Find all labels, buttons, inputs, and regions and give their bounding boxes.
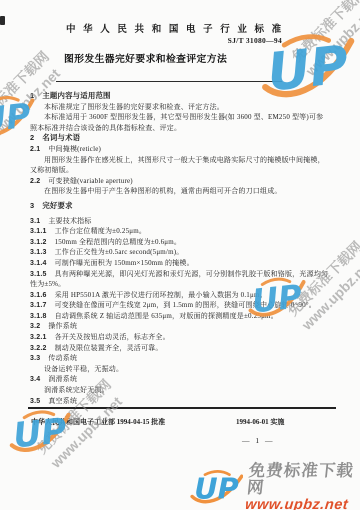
section-number: 3.1.5 (30, 271, 47, 278)
line-text: 本标准适用于 3600F 型图形发生器，其它型号图形发生器(如 3600 型、E… (44, 113, 323, 121)
line-text: 可变狭缝(variable aperture) (48, 177, 132, 185)
doc-line: 3.4润滑系统 (30, 374, 344, 385)
line-text: 中间掩模(reticle) (48, 145, 101, 153)
doc-line: 3.5真空系统 (30, 396, 344, 407)
section-number: 3.2 (30, 323, 40, 330)
line-text: 润滑系统 (48, 375, 77, 383)
line-text: 又称初缩版。 (30, 166, 73, 174)
line-text: 可变狭缝在像面可产生线宽 2μm，到 1.5mm 的图形，狭缝可围绕中心旋转 0… (55, 301, 316, 309)
section-number: 3.1.3 (30, 249, 47, 256)
doc-line: 2.2可变狭缝(variable aperture) (30, 176, 344, 187)
doc-line: 性为±5%。 (30, 279, 344, 290)
doc-line: 照本标准并结合该设备的具体指标检查、评定。 (30, 123, 344, 134)
line-text: 具有两种曝光光源，即闪光灯光源和汞灯光源，可分别制作乳胶干版和铬版，光源均匀 (55, 270, 329, 278)
section-number: 3.1.4 (30, 260, 47, 267)
section-number: 3.1.2 (30, 239, 47, 246)
line-text: 用图形发生器作在感光板上，其图形尺寸一般大于集成电路实际尺寸的掩模版中间掩模， (44, 156, 325, 164)
section-number: 3.2.2 (30, 345, 47, 352)
footer-implementation: 1994-06-01 实施 (236, 417, 284, 427)
line-text: 设备运转平稳，无振动。 (44, 365, 123, 373)
line-text: 自动调焦系统 Z 轴运动范围是 635μm，对版面的探测精度是±0.25μm。 (55, 312, 278, 320)
section-number: 2 (30, 133, 34, 142)
scanned-standard-page: UP 中 华 人 民 共 和 国 电 子 行 业 标 准 SJ/T 31080—… (0, 0, 360, 510)
section-number: 3.1.7 (30, 302, 47, 309)
doc-line: 3.2操作系统 (30, 321, 344, 332)
doc-line: 2.1中间掩模(reticle) (30, 144, 344, 155)
line-text: 采用 HP5501A 激光干涉仪进行闭环控制，最小输入数据为 0.1μm。 (55, 291, 267, 299)
doc-line: 设备运转平稳，无振动。 (30, 364, 344, 375)
line-text: 本标准规定了图形发生器的完好要求和检查、评定方法。 (44, 103, 224, 111)
section-number: 1 (30, 91, 34, 100)
brand-site-url: www.upbz.net (245, 498, 359, 510)
doc-line: 本标准规定了图形发生器的完好要求和检查、评定方法。 (30, 102, 344, 113)
doc-line: 3.1.4可制作曝光面积为 150mm×150mm 的掩模。 (30, 258, 344, 269)
doc-line: 3.3传动系统 (30, 353, 344, 364)
line-text: 主题内容与适用范围 (42, 91, 110, 100)
section-number: 3 (30, 201, 34, 210)
upbz-logo-icon (6, 407, 74, 457)
line-text: 制动及限位装置齐全，灵活可靠。 (55, 344, 163, 352)
doc-line: 3.1.5具有两种曝光光源，即闪光灯光源和汞灯光源，可分别制作乳胶干版和铬版，光… (30, 269, 344, 280)
doc-line: 1主题内容与适用范围 (30, 91, 344, 102)
section-number: 3.1 (30, 218, 40, 225)
site-brand: 免费标准下载网 www.upbz.net (190, 463, 360, 510)
section-number: 3.4 (30, 376, 40, 383)
doc-line: 3.1.3工作台正交性为±0.5arc second(5μm/m)。 (30, 247, 344, 258)
doc-line: 3.1.6采用 HP5501A 激光干涉仪进行闭环控制，最小输入数据为 0.1μ… (30, 290, 344, 301)
line-text: 润滑系统完好无损。 (44, 386, 109, 394)
line-text: 照本标准并结合该设备的具体指标检查、评定。 (30, 124, 181, 132)
section-number: 2.2 (30, 178, 40, 185)
line-text: 操作系统 (48, 322, 77, 330)
section-number: 3.1.1 (30, 228, 47, 235)
standard-org-title: 中 华 人 民 共 和 国 电 子 行 业 标 准 (66, 21, 284, 35)
line-text: 工作台正交性为±0.5arc second(5μm/m)。 (55, 248, 184, 256)
doc-body: 1主题内容与适用范围本标准规定了图形发生器的完好要求和检查、评定方法。本标准适用… (30, 91, 344, 406)
line-text: 完好要求 (42, 201, 72, 210)
standard-number: SJ/T 31080—94 (162, 36, 282, 45)
upbz-logo-icon (190, 467, 243, 509)
section-number: 3.2.1 (30, 334, 47, 341)
watermark-site-url: www.upbz.net (303, 0, 360, 79)
line-text: 工作台定位精度为±0.25μm。 (55, 227, 147, 235)
doc-line: 3.1.2150mm 全程范围内的总精度为±0.6μm。 (30, 237, 344, 248)
footer-approval: 中华人民共和国电子工业部 1994-04-15 批准 (31, 417, 165, 427)
section-number: 2.1 (30, 146, 40, 153)
section-number: 3.3 (30, 355, 40, 362)
line-text: 真空系统 (48, 397, 77, 405)
doc-line: 3.1.8自动调焦系统 Z 轴运动范围是 635μm，对版面的探测精度是±0.2… (30, 311, 344, 322)
line-text: 主要技术指标 (48, 217, 91, 225)
doc-line: 3.2.2制动及限位装置齐全，灵活可靠。 (30, 343, 344, 354)
doc-line: 3.1主要技术指标 (30, 216, 344, 227)
watermark-site-name: 免费标准下载网 (287, 0, 360, 66)
section-number: 3.1.6 (30, 292, 47, 299)
watermark-text-top-right: 免费标准下载网 www.upbz.net (287, 0, 360, 79)
line-text: 传动系统 (48, 354, 77, 362)
doc-line: 3.2.1各开关及按钮启动灵活，标志齐全。 (30, 332, 344, 343)
brand-site-name: 免费标准下载网 (246, 463, 360, 498)
doc-line: 3.1.7可变狭缝在像面可产生线宽 2μm，到 1.5mm 的图形，狭缝可围绕中… (30, 300, 344, 311)
doc-line: 润滑系统完好无损。 (30, 385, 344, 396)
page-number: — 1 — (242, 436, 275, 445)
line-text: 性为±5%。 (30, 280, 65, 288)
doc-line: 2名词与术语 (30, 133, 344, 144)
header-rule (56, 81, 282, 82)
line-text: 各开关及按钮启动灵活，标志齐全。 (55, 333, 170, 341)
section-number: 3.5 (30, 398, 40, 405)
line-text: 可制作曝光面积为 150mm×150mm 的掩模。 (55, 259, 194, 267)
doc-line: 3完好要求 (30, 201, 344, 212)
doc-line: 又称初缩版。 (30, 165, 344, 176)
line-text: 名词与术语 (42, 133, 80, 142)
doc-line: 用图形发生器作在感光板上，其图形尺寸一般大于集成电路实际尺寸的掩模版中间掩模， (30, 155, 344, 166)
doc-line: 本标准适用于 3600F 型图形发生器，其它型号图形发生器(如 3600 型、E… (30, 112, 344, 123)
section-number: 3.1.8 (30, 313, 47, 320)
footer-rule (28, 407, 336, 409)
doc-line: 3.1.1工作台定位精度为±0.25μm。 (30, 226, 344, 237)
line-text: 150mm 全程范围内的总精度为±0.6μm。 (55, 238, 182, 246)
document-title: 图形发生器完好要求和检查评定方法 (64, 51, 227, 65)
scan-artifact (0, 16, 5, 25)
doc-line: 在图形发生器中用于产生各种图形的机构，通常由两组可开合的刀口组成。 (30, 186, 344, 197)
line-text: 在图形发生器中用于产生各种图形的机构，通常由两组可开合的刀口组成。 (44, 187, 282, 195)
